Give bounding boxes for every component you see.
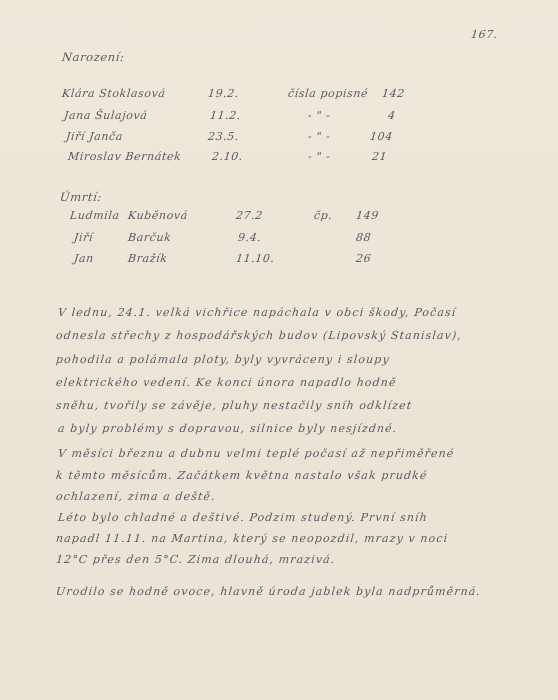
text-line: odnesla střechy z hospodářských budov (L… <box>55 329 462 342</box>
death-date: 9.4. <box>237 231 262 244</box>
death-house-number: 26 <box>355 252 372 265</box>
birth-place: - " - <box>307 130 331 143</box>
births-heading: Narození: <box>61 50 125 64</box>
text-line: V lednu, 24.1. velká vichřice napáchala … <box>57 306 457 319</box>
death-abbr: čp. <box>313 209 333 222</box>
death-first-name: Jiří <box>73 231 93 244</box>
text-line: 12°C přes den 5°C. Zima dlouhá, mrazivá. <box>55 553 336 566</box>
text-line: V měsíci březnu a dubnu velmi teplé poča… <box>57 447 455 460</box>
birth-place: - " - <box>307 109 331 122</box>
handwritten-chronicle-page: 167. Narození: Klára Stoklasová 19.2. čí… <box>0 0 558 700</box>
birth-house-number: 4 <box>387 109 396 122</box>
death-last-name: Bražík <box>127 252 168 265</box>
birth-date: 19.2. <box>207 87 239 100</box>
text-line: sněhu, tvořily se závěje, pluhy nestačil… <box>55 399 413 412</box>
birth-date: 23.5. <box>207 130 239 143</box>
birth-house-number: 104 <box>369 130 393 143</box>
text-line: k těmto měsícům. Začátkem května nastalo… <box>55 469 428 482</box>
death-date: 11.10. <box>235 252 275 265</box>
birth-place: čísla popisné <box>287 87 369 100</box>
death-date: 27.2 <box>235 209 263 222</box>
page-number: 167. <box>470 28 498 41</box>
death-first-name: Ludmila <box>69 209 120 222</box>
birth-name: Miroslav Bernátek <box>67 150 182 163</box>
text-line: napadl 11.11. na Martina, který se neopo… <box>55 532 449 545</box>
death-house-number: 149 <box>355 209 379 222</box>
birth-name: Jana Šulajová <box>63 109 148 122</box>
birth-house-number: 142 <box>381 87 405 100</box>
deaths-heading: Úmrtí: <box>59 190 102 204</box>
text-line: a byly problémy s dopravou, silnice byly… <box>57 422 398 435</box>
birth-house-number: 21 <box>371 150 388 163</box>
text-line: pohodila a polámala ploty, byly vyvrácen… <box>55 353 390 366</box>
birth-place: - " - <box>307 150 331 163</box>
death-first-name: Jan <box>73 252 94 265</box>
death-last-name: Kuběnová <box>127 209 188 222</box>
birth-date: 2.10. <box>211 150 243 163</box>
text-line: Urodilo se hodně ovoce, hlavně úroda jab… <box>55 585 481 598</box>
birth-name: Klára Stoklasová <box>61 87 166 100</box>
death-last-name: Barčuk <box>127 231 172 244</box>
death-house-number: 88 <box>355 231 372 244</box>
text-line: elektrického vedení. Ke konci února napa… <box>55 376 397 389</box>
birth-name: Jiří Janča <box>65 130 123 143</box>
text-line: ochlazení, zima a deště. <box>55 490 216 503</box>
birth-date: 11.2. <box>209 109 241 122</box>
text-line: Léto bylo chladné a deštivé. Podzim stud… <box>57 511 428 524</box>
